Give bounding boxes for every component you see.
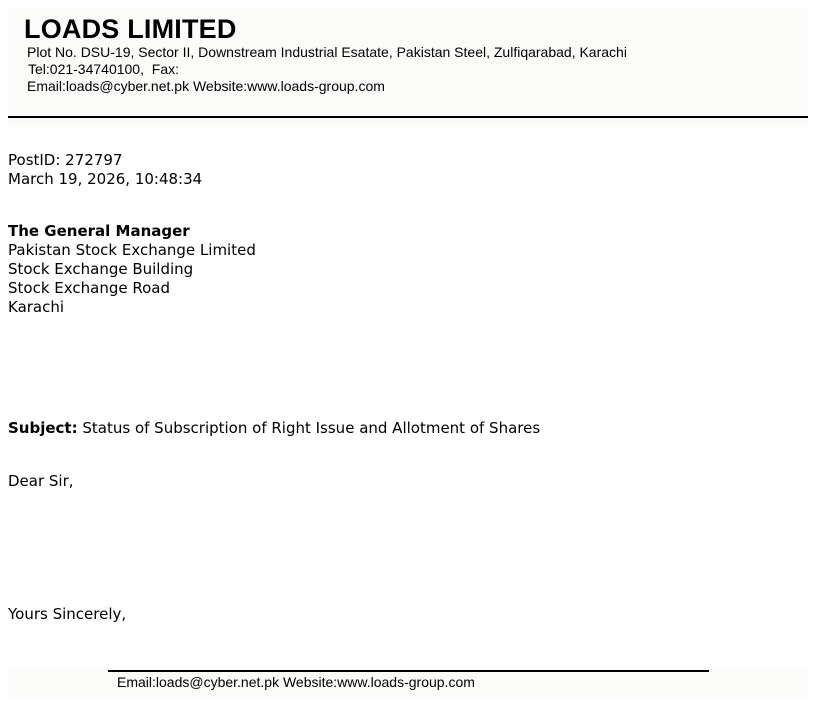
recipient-line: Karachi [8, 298, 256, 317]
letterhead: LOADS LIMITED Plot No. DSU-19, Sector II… [8, 8, 808, 127]
footer-divider [108, 670, 709, 672]
greeting: Dear Sir, [8, 472, 74, 491]
recipient-block: The General Manager Pakistan Stock Excha… [8, 222, 256, 317]
company-name: LOADS LIMITED [24, 12, 237, 46]
company-phone-fax: Tel:021-34740100, Fax: [28, 61, 179, 78]
recipient-title: The General Manager [8, 222, 256, 241]
subject-line: Subject: Status of Subscription of Right… [8, 419, 540, 438]
closing: Yours Sincerely, [8, 605, 126, 624]
recipient-line: Pakistan Stock Exchange Limited [8, 241, 256, 260]
footer-email-website: Email:loads@cyber.net.pk Website:www.loa… [117, 674, 475, 691]
post-id: PostID: 272797 [8, 151, 202, 170]
recipient-line: Stock Exchange Road [8, 279, 256, 298]
letter-footer: Email:loads@cyber.net.pk Website:www.loa… [8, 667, 808, 697]
company-email-website: Email:loads@cyber.net.pk Website:www.loa… [27, 78, 385, 95]
post-meta: PostID: 272797 March 19, 2026, 10:48:34 [8, 151, 202, 189]
company-address: Plot No. DSU-19, Sector II, Downstream I… [27, 44, 627, 61]
recipient-line: Stock Exchange Building [8, 260, 256, 279]
header-divider [8, 116, 808, 118]
subject-text: Status of Subscription of Right Issue an… [78, 419, 541, 437]
post-datetime: March 19, 2026, 10:48:34 [8, 170, 202, 189]
subject-label: Subject: [8, 419, 78, 437]
